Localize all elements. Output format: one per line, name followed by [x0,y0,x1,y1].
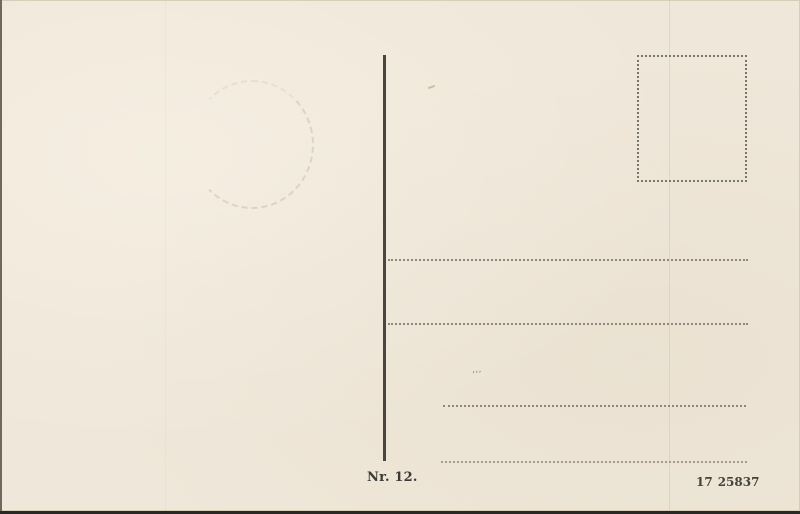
paper-speck [428,85,435,89]
postcard-back: ’ʼʼ Nr. 12. 1725837 [0,0,800,511]
serial-number: 1725837 [696,475,759,489]
address-line-1 [388,259,748,261]
card-left-edge [0,0,2,511]
message-address-divider [383,55,386,461]
address-line-3 [443,405,746,407]
serial-digits: 25837 [718,475,760,489]
ink-smudge: ’ʼʼ [472,370,482,381]
faint-postmark-impression [190,80,314,209]
serial-prefix: 17 [696,475,713,489]
stamp-box [637,55,747,182]
address-line-4 [441,461,747,463]
card-number-label: Nr. 12. [367,470,418,485]
address-line-2 [388,323,748,325]
faint-paper-rule [165,0,166,511]
